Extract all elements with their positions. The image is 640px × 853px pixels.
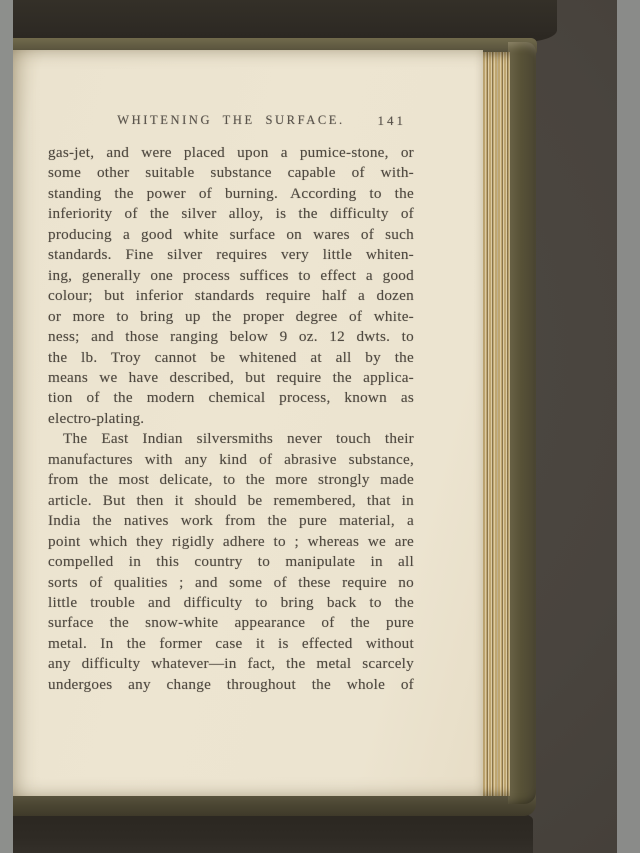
- book-cover-top: [13, 0, 557, 42]
- text-line: some other suitable substance capable of…: [48, 163, 414, 183]
- cover-cloth-fore-edge: [508, 42, 536, 804]
- text-line: ing, generally one process suffices to e…: [48, 266, 414, 286]
- page-text: gas-jet, and were placed upon a pumice-s…: [48, 143, 414, 695]
- text-line: undergoes any change throughout the whol…: [48, 675, 414, 695]
- text-line: from the most delicate, to the more stro…: [48, 470, 414, 490]
- text-line: colour; but inferior standards require h…: [48, 286, 414, 306]
- book-scan: WHITENING THE SURFACE. 141 gas-jet, and …: [0, 0, 640, 853]
- text-line: electro-plating.: [48, 409, 414, 429]
- text-line: tion of the modern chemical process, kno…: [48, 388, 414, 408]
- scanner-margin-left: [0, 0, 13, 853]
- text-line: ness; and those ranging below 9 oz. 12 d…: [48, 327, 414, 347]
- text-line: producing a good white surface on wares …: [48, 225, 414, 245]
- text-line: sorts of qualities ; and some of these r…: [48, 573, 414, 593]
- text-line: any difficulty whatever—in fact, the met…: [48, 654, 414, 674]
- text-line: standing the power of burning. According…: [48, 184, 414, 204]
- text-line: compelled in this country to manipulate …: [48, 552, 414, 572]
- text-line: standards. Fine silver requires very lit…: [48, 245, 414, 265]
- page-number: 141: [378, 113, 407, 129]
- text-line: inferiority of the silver alloy, is the …: [48, 204, 414, 224]
- text-line: little trouble and difficulty to bring b…: [48, 593, 414, 613]
- text-line: point which they rigidly adhere to ; whe…: [48, 532, 414, 552]
- cover-cloth-bottom-edge: [13, 793, 536, 816]
- text-line: the lb. Troy cannot be whitened at all b…: [48, 348, 414, 368]
- scanner-margin-right: [617, 0, 640, 853]
- running-header-title: WHITENING THE SURFACE.: [48, 113, 414, 128]
- text-line: or more to bring up the proper degree of…: [48, 307, 414, 327]
- text-line: manufactures with any kind of abrasive s…: [48, 450, 414, 470]
- text-line: means we have described, but require the…: [48, 368, 414, 388]
- text-line: gas-jet, and were placed upon a pumice-s…: [48, 143, 414, 163]
- page-stack-edge: [482, 52, 510, 796]
- text-line: article. But then it should be remembere…: [48, 491, 414, 511]
- text-line: metal. In the former case it is effected…: [48, 634, 414, 654]
- book-cover-bottom: [13, 812, 533, 853]
- text-line: surface the snow-white appearance of the…: [48, 613, 414, 633]
- text-line: The East Indian silversmiths never touch…: [48, 429, 414, 449]
- text-line: India the natives work from the pure mat…: [48, 511, 414, 531]
- running-header: WHITENING THE SURFACE. 141: [48, 113, 414, 131]
- book-page: WHITENING THE SURFACE. 141 gas-jet, and …: [13, 50, 483, 796]
